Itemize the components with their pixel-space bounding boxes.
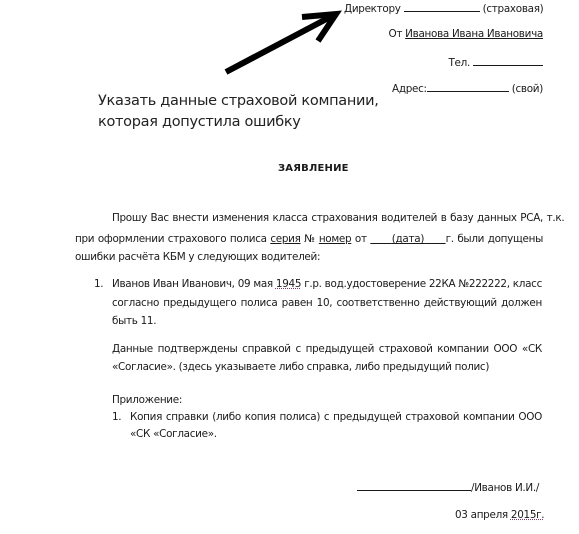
driver-number: 1. <box>94 278 103 290</box>
attachments-label: Приложение: <box>112 394 182 406</box>
annotation: Указать данные страховой компании, котор… <box>98 91 379 133</box>
intro-line-3: ошибки расчёта КБМ у следующих водителей… <box>75 251 320 263</box>
phone-blank[interactable] <box>473 56 543 66</box>
attachment-line-1: Копия справки (либо копия полиса) с пред… <box>130 411 542 423</box>
director-line: Директору (страховая) <box>344 2 543 15</box>
confirmation-line-1: Данные подтверждены справкой с предыдуще… <box>112 343 542 355</box>
address-blank[interactable] <box>427 82 509 92</box>
arrow-up-right-icon <box>0 0 579 534</box>
director-blank[interactable] <box>404 2 480 12</box>
signature-name: /Иванов И.И./ <box>471 482 539 494</box>
driver-line-1: Иванов Иван Иванович, 09 мая 1945 г.р. в… <box>112 278 542 290</box>
driver-line-3: быть 11. <box>112 315 156 327</box>
signature-line: /Иванов И.И./ <box>357 481 539 494</box>
policy-series: серия <box>270 233 300 245</box>
driver-line-2: согласно предыдущего полиса равен 10, со… <box>112 297 542 309</box>
director-hint: (страховая) <box>483 3 544 15</box>
phone-label: Тел. <box>449 57 470 69</box>
intro-line-1: Прошу Вас внести изменения класса страхо… <box>112 212 542 224</box>
director-label: Директору <box>344 3 401 15</box>
signature-blank[interactable] <box>357 481 471 491</box>
policy-number: номер <box>319 233 351 245</box>
annotation-line-1: Указать данные страховой компании, <box>98 91 379 112</box>
from-label: От <box>389 28 403 40</box>
phone-line: Тел. <box>449 56 544 69</box>
from-line: От Иванова Ивана Ивановича <box>389 28 544 40</box>
signature-date: 03 апреля 2015г. <box>455 509 544 521</box>
policy-date: (дата) <box>370 233 445 245</box>
annotation-line-2: которая допустила ошибку <box>98 112 379 133</box>
address-label: Адрес: <box>392 83 427 95</box>
document-title: ЗАЯВЛЕНИЕ <box>278 163 349 174</box>
address-line: Адрес: (свой) <box>392 82 543 95</box>
address-hint: (свой) <box>512 83 543 95</box>
from-name: Иванова Ивана Ивановича <box>405 28 543 40</box>
intro-line-2: при оформлении страхового полиса серия №… <box>75 233 543 245</box>
attachment-number: 1. <box>112 411 121 423</box>
confirmation-line-2: «Согласие». (здесь указываете либо справ… <box>112 361 489 373</box>
attachment-line-2: «СК «Согласие». <box>130 428 217 440</box>
